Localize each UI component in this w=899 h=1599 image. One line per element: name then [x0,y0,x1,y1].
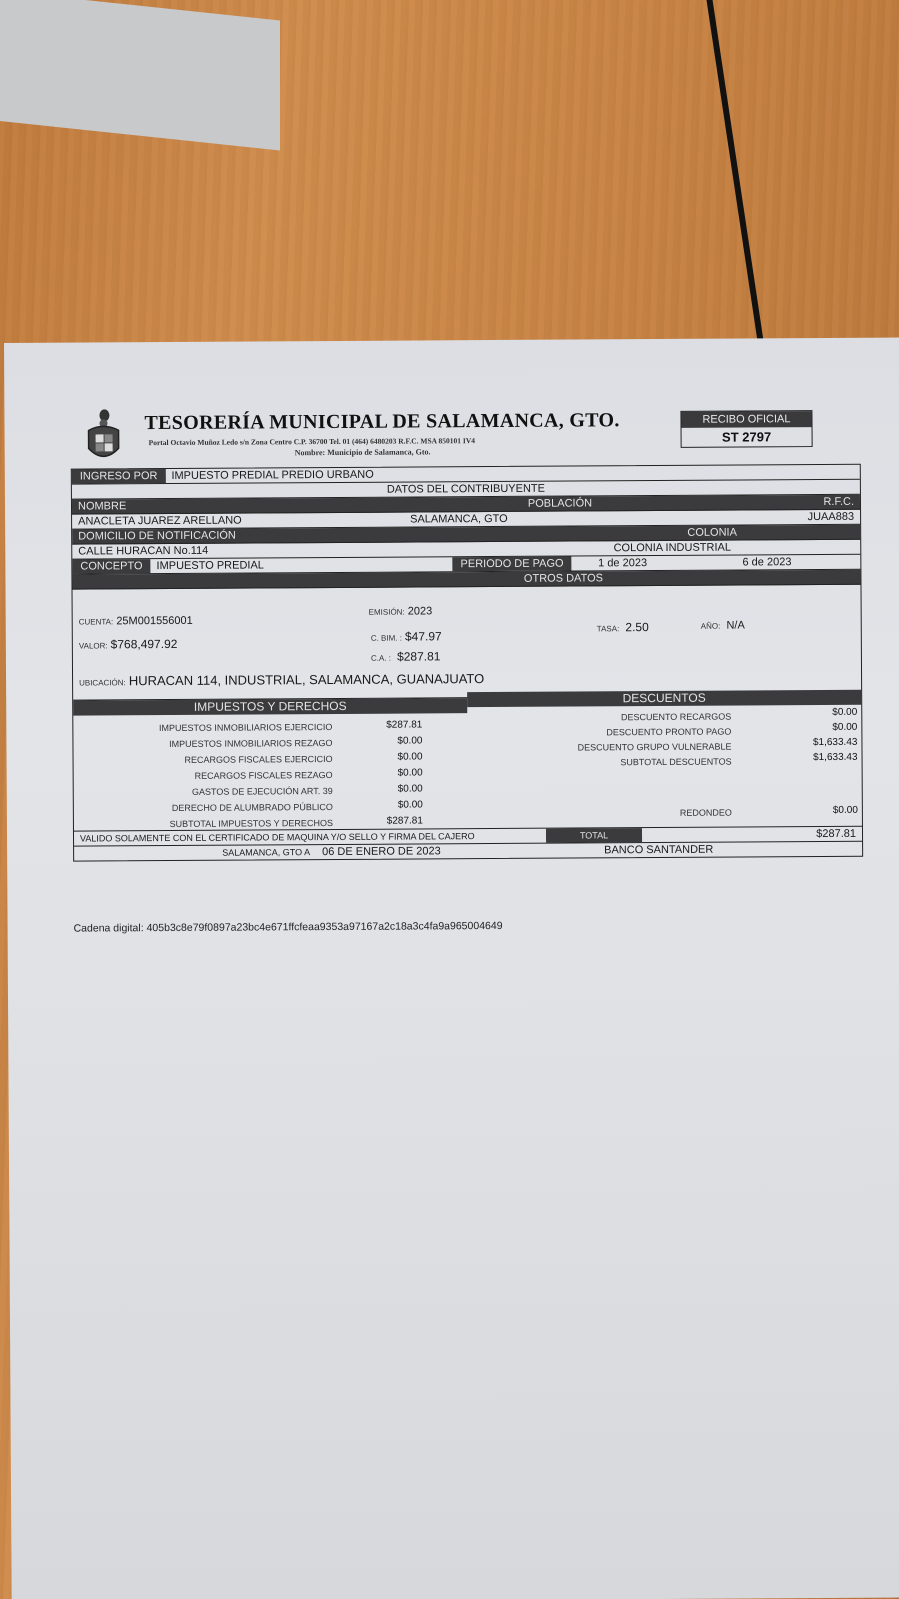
ca-value: $287.81 [397,649,440,663]
banco-text: BANCO SANTANDER [598,843,862,857]
periodo-desde: 1 de 2023 [572,557,674,570]
total-value: $287.81 [642,828,862,841]
cadena-label: Cadena digital: [74,922,144,934]
descuento-label: SUBTOTAL DESCUENTOS [620,757,731,768]
rfc-label: R.F.C. [716,496,860,509]
receipt-document: TESORERÍA MUNICIPAL DE SALAMANCA, GTO. P… [70,398,863,862]
concepto-value: IMPUESTO PREDIAL [150,558,452,572]
descuentos-column: DESCUENTOS REDONDEO $0.00 DESCUENTO RECA… [467,696,862,828]
impuesto-value: $0.00 [398,783,423,794]
total-label: TOTAL [546,828,642,843]
emision-value: 2023 [408,605,433,617]
lugar-text: SALAMANCA, GTO A [74,847,316,858]
impuesto-label: IMPUESTOS INMOBILIARIOS REZAGO [169,738,332,749]
cbim-value: $47.97 [405,629,442,643]
concepto-label: CONCEPTO [72,559,150,573]
treasury-nombre: Nombre: Municipio de Salamanca, Gto. [295,447,431,457]
descuento-value: $0.00 [832,722,857,733]
valor-label: VALOR: [79,641,108,650]
cadena-digital: Cadena digital: 405b3c8e79f0897a23bc4e67… [74,920,503,935]
poblacion-value: SALAMANCA, GTO [404,512,716,526]
impuesto-label: SUBTOTAL IMPUESTOS Y DERECHOS [170,818,333,829]
descuento-value: $0.00 [832,707,857,718]
treasury-address: Portal Octavio Muñoz Ledo s/n Zona Centr… [149,436,475,447]
impuestos-list: IMPUESTOS INMOBILIARIOS EJERCICIO$287.81… [73,713,468,830]
validez-text: VALIDO SOLAMENTE CON EL CERTIFICADO DE M… [74,831,546,844]
periodo-label: PERIODO DE PAGO [452,557,571,572]
impuesto-value: $0.00 [397,735,422,746]
recibo-oficial-box: RECIBO OFICIAL ST 2797 [680,410,812,448]
ca-label: C.A. : [371,654,391,663]
nombre-value: ANACLETA JUAREZ ARELLANO [72,514,404,528]
impuesto-value: $287.81 [387,815,423,826]
impuesto-value: $0.00 [398,799,423,810]
domicilio-value: CALLE HURACAN No.114 [72,543,484,558]
impuesto-label: RECARGOS FISCALES REZAGO [195,770,333,781]
receipt-paper: TESORERÍA MUNICIPAL DE SALAMANCA, GTO. P… [4,338,899,1599]
impuesto-value: $0.00 [397,751,422,762]
recibo-label: RECIBO OFICIAL [681,411,811,428]
cadena-value: 405b3c8e79f0897a23bc4e671ffcfeaa9353a971… [147,920,503,934]
emision-label: EMISIÓN: [369,608,405,617]
impuesto-label: DERECHO DE ALUMBRADO PÚBLICO [172,802,333,813]
descuento-label: DESCUENTO RECARGOS [621,712,731,723]
valor-value: $768,497.92 [111,637,178,651]
descuento-value: $1,633.43 [813,752,858,763]
domicilio-label: DOMICILIO DE NOTIFICACIÓN [72,528,564,543]
poblacion-label: POBLACIÓN [404,497,716,511]
impuestos-descuentos-section: IMPUESTOS Y DERECHOS IMPUESTOS INMOBILIA… [73,696,862,831]
descuentos-list: REDONDEO $0.00 DESCUENTO RECARGOS$0.00DE… [467,705,862,822]
redondeo-value: $0.00 [833,805,858,816]
rfc-value: JUAA883 [716,511,860,524]
contribuyente-title: DATOS DEL CONTRIBUYENTE [387,483,545,496]
cuenta-label: CUENTA: [79,617,114,626]
ingreso-label: INGRESO POR [72,469,166,484]
otros-datos-section: CUENTA: 25M001556001 VALOR: $768,497.92 … [73,585,862,701]
cbim-label: C. BIM. : [371,634,402,643]
impuesto-value: $287.81 [386,719,422,730]
impuesto-label: RECARGOS FISCALES EJERCICIO [184,754,332,765]
cuenta-value: 25M001556001 [116,615,193,627]
receipt-form: INGRESO POR IMPUESTO PREDIAL PREDIO URBA… [71,464,863,862]
municipal-crest-icon [84,408,122,464]
ingreso-value: IMPUESTO PREDIAL PREDIO URBANO [165,469,379,482]
recibo-number: ST 2797 [682,427,812,447]
colonia-value: COLONIA INDUSTRIAL [484,541,860,555]
impuestos-column: IMPUESTOS Y DERECHOS IMPUESTOS INMOBILIA… [73,698,468,830]
fecha-text: 06 DE ENERO DE 2023 [316,844,598,858]
nombre-label: NOMBRE [72,499,404,513]
tasa-value: 2.50 [625,620,648,634]
tasa-label: TASA: [597,624,620,633]
impuesto-value: $0.00 [398,767,423,778]
ubicacion-value: HURACAN 114, INDUSTRIAL, SALAMANCA, GUAN… [129,671,485,688]
ubicacion-label: UBICACIÓN: [79,678,126,687]
receipt-header: TESORERÍA MUNICIPAL DE SALAMANCA, GTO. P… [70,398,860,463]
impuesto-label: IMPUESTOS INMOBILIARIOS EJERCICIO [159,722,332,733]
treasury-title: TESORERÍA MUNICIPAL DE SALAMANCA, GTO. [144,409,619,435]
anio-label: AÑO: [701,622,721,631]
periodo-hasta: 6 de 2023 [674,556,861,569]
descuento-value: $1,633.43 [813,737,858,748]
redondeo-label: REDONDEO [680,808,732,818]
impuesto-label: GASTOS DE EJECUCIÓN ART. 39 [192,786,333,797]
colonia-label: COLONIA [564,526,860,540]
anio-value: N/A [726,619,744,631]
descuento-label: DESCUENTO GRUPO VULNERABLE [578,742,732,753]
descuento-label: DESCUENTO PRONTO PAGO [606,727,731,738]
